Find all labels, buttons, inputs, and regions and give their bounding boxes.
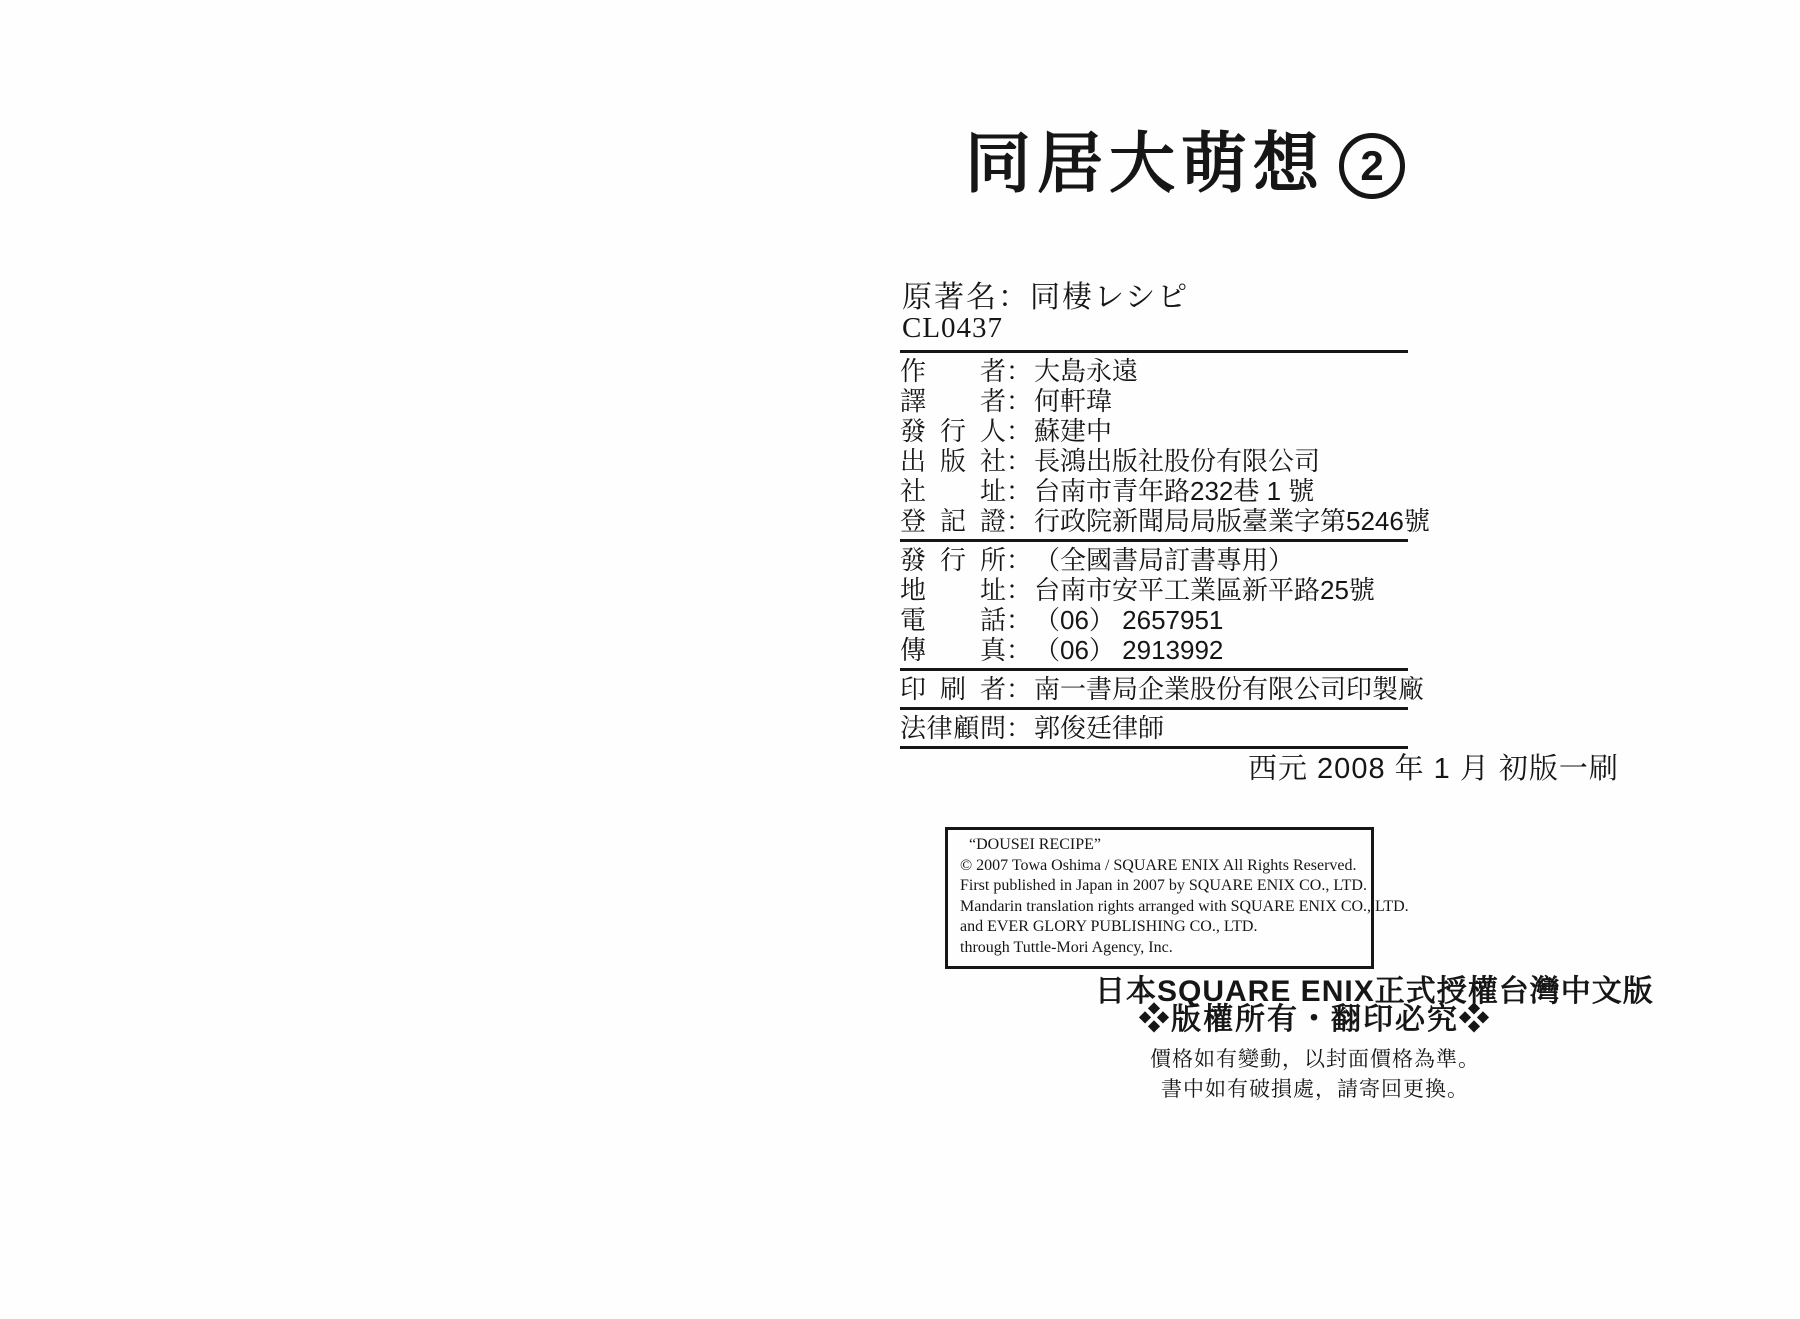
original-title-colon: ： bbox=[998, 281, 1030, 314]
license-first-published-line: First published in Japan in 2007 by SQUA… bbox=[960, 876, 1361, 897]
row-label: 作 者 bbox=[900, 356, 1006, 386]
row-label: 社 址 bbox=[900, 476, 1006, 506]
row-colon: ： bbox=[1006, 476, 1032, 506]
colophon-section-publisher: 作 者：大島永遠 譯 者：何軒瑋 發 行 人：蘇建中 出 版 社：長鴻出版社股份… bbox=[900, 353, 1408, 542]
row-value: （06） 2913992 bbox=[1032, 635, 1223, 665]
row-value: 何軒瑋 bbox=[1032, 386, 1112, 416]
table-row: 作 者：大島永遠 bbox=[900, 356, 1408, 386]
license-translation-rights-line: Mandarin translation rights arranged wit… bbox=[960, 897, 1361, 918]
row-value: 長鴻出版社股份有限公司 bbox=[1032, 446, 1320, 476]
row-label: 傳 真 bbox=[900, 635, 1006, 665]
license-publisher-line: and EVER GLORY PUBLISHING CO., LTD. bbox=[960, 917, 1361, 938]
row-colon: ： bbox=[1006, 605, 1032, 635]
row-label: 法律顧問 bbox=[900, 713, 1006, 743]
row-colon: ： bbox=[1006, 356, 1032, 386]
row-colon: ： bbox=[1006, 713, 1032, 743]
row-value: 蘇建中 bbox=[1032, 416, 1112, 446]
row-label: 電 話 bbox=[900, 605, 1006, 635]
edition-line: 西元 2008 年 1 月 初版一刷 bbox=[1248, 746, 1619, 787]
price-notice-line: 價格如有變動，以封面價格為準。 bbox=[1045, 1044, 1585, 1074]
row-label: 譯 者 bbox=[900, 386, 1006, 416]
license-box: “DOUSEI RECIPE” © 2007 Towa Oshima / SQU… bbox=[945, 827, 1374, 969]
colophon-section-distribution: 發 行 所：（全國書局訂書專用） 地 址：台南市安平工業區新平路25號 電 話：… bbox=[900, 542, 1408, 671]
rights-reserved-line: ❖版權所有・翻印必究❖ bbox=[1045, 1003, 1585, 1037]
colophon-block: CL0437 作 者：大島永遠 譯 者：何軒瑋 發 行 人：蘇建中 出 版 社：… bbox=[900, 312, 1408, 749]
row-colon: ： bbox=[1006, 386, 1032, 416]
row-label: 印 刷 者 bbox=[900, 674, 1006, 704]
table-row: 法律顧問：郭俊廷律師 bbox=[900, 713, 1408, 743]
license-copyright-line: © 2007 Towa Oshima / SQUARE ENIX All Rig… bbox=[960, 856, 1361, 877]
colophon-section-legal: 法律顧問：郭俊廷律師 bbox=[900, 710, 1408, 749]
row-colon: ： bbox=[1006, 674, 1032, 704]
row-colon: ： bbox=[1006, 575, 1032, 605]
colophon-table: 作 者：大島永遠 譯 者：何軒瑋 發 行 人：蘇建中 出 版 社：長鴻出版社股份… bbox=[900, 350, 1408, 749]
row-value: 行政院新聞局局版臺業字第5246號 bbox=[1032, 506, 1430, 536]
license-agency-line: through Tuttle-Mori Agency, Inc. bbox=[960, 938, 1361, 959]
footer-notices: ❖版權所有・翻印必究❖ 價格如有變動，以封面價格為準。 書中如有破損處，請寄回更… bbox=[1045, 1003, 1585, 1104]
page-title: 同居大萌想2 bbox=[900, 126, 1470, 202]
row-label: 登 記 證 bbox=[900, 506, 1006, 536]
row-colon: ： bbox=[1006, 635, 1032, 665]
book-title-text: 同居大萌想 bbox=[965, 126, 1325, 200]
row-value: （全國書局訂書專用） bbox=[1032, 545, 1294, 575]
row-colon: ： bbox=[1006, 545, 1032, 575]
damage-notice-line: 書中如有破損處，請寄回更換。 bbox=[1045, 1074, 1585, 1104]
row-label: 出 版 社 bbox=[900, 446, 1006, 476]
book-code: CL0437 bbox=[900, 312, 1408, 350]
row-colon: ： bbox=[1006, 506, 1032, 536]
original-title-line: 原著名：同棲レシピ bbox=[902, 272, 1189, 316]
row-label: 地 址 bbox=[900, 575, 1006, 605]
row-colon: ： bbox=[1006, 446, 1032, 476]
table-row: 譯 者：何軒瑋 bbox=[900, 386, 1408, 416]
colophon-section-printer: 印 刷 者：南一書局企業股份有限公司印製廠 bbox=[900, 671, 1408, 710]
table-row: 登 記 證：行政院新聞局局版臺業字第5246號 bbox=[900, 506, 1408, 536]
table-row: 發 行 所：（全國書局訂書專用） bbox=[900, 545, 1408, 575]
row-value: 郭俊廷律師 bbox=[1032, 713, 1164, 743]
table-row: 傳 真：（06） 2913992 bbox=[900, 635, 1408, 665]
license-title-line: “DOUSEI RECIPE” bbox=[960, 835, 1361, 856]
scanned-colophon-page: 同居大萌想2 原著名：同棲レシピ CL0437 作 者：大島永遠 譯 者：何軒瑋… bbox=[0, 0, 1800, 1319]
table-row: 發 行 人：蘇建中 bbox=[900, 416, 1408, 446]
volume-number-badge: 2 bbox=[1339, 133, 1405, 199]
table-row: 社 址：台南市青年路232巷 1 號 bbox=[900, 476, 1408, 506]
row-label: 發 行 人 bbox=[900, 416, 1006, 446]
original-title-label: 原著名 bbox=[902, 281, 998, 314]
row-label: 發 行 所 bbox=[900, 545, 1006, 575]
row-value: 台南市青年路232巷 1 號 bbox=[1032, 476, 1314, 506]
row-colon: ： bbox=[1006, 416, 1032, 446]
row-value: （06） 2657951 bbox=[1032, 605, 1223, 635]
row-value: 大島永遠 bbox=[1032, 356, 1138, 386]
row-value: 台南市安平工業區新平路25號 bbox=[1032, 575, 1375, 605]
table-row: 地 址：台南市安平工業區新平路25號 bbox=[900, 575, 1408, 605]
table-row: 出 版 社：長鴻出版社股份有限公司 bbox=[900, 446, 1408, 476]
table-row: 電 話：（06） 2657951 bbox=[900, 605, 1408, 635]
row-value: 南一書局企業股份有限公司印製廠 bbox=[1032, 674, 1424, 704]
original-title-value: 同棲レシピ bbox=[1030, 281, 1189, 314]
table-row: 印 刷 者：南一書局企業股份有限公司印製廠 bbox=[900, 674, 1408, 704]
